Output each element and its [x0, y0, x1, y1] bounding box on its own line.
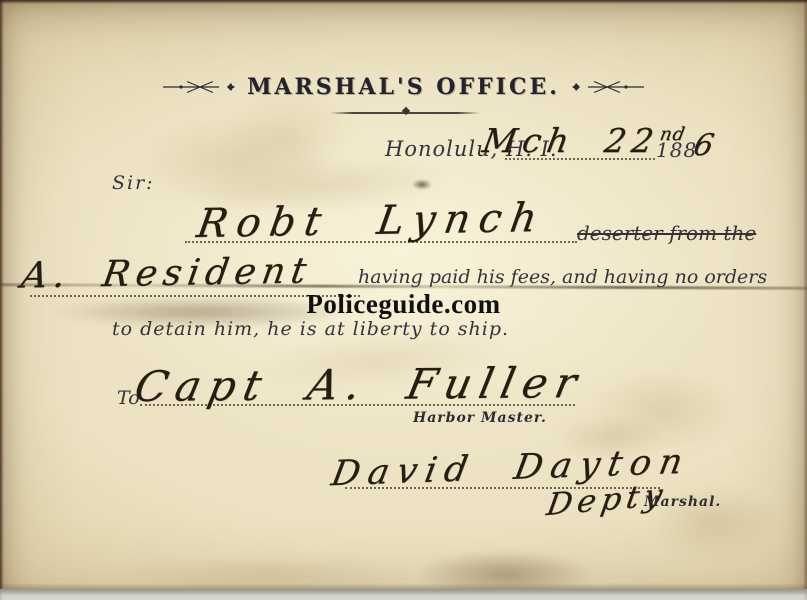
written-subject-name: Robt Lynch	[194, 195, 549, 247]
printed-closing: to detain him, he is at liberty to ship.	[112, 318, 509, 340]
flourish-left-icon	[161, 79, 237, 95]
document-header: MARSHAL'S OFFICE.	[0, 74, 807, 100]
office-title: MARSHAL'S OFFICE.	[247, 74, 560, 100]
struck-printed-text: deserter from the	[577, 221, 756, 245]
salutation: Sir:	[112, 172, 155, 194]
scanner-background-strip	[0, 589, 807, 600]
flourish-right-icon	[570, 79, 646, 95]
scanned-document-photo: MARSHAL'S OFFICE. Honolulu, H. I. Mch 22…	[0, 0, 807, 600]
paper-edge-top	[0, 0, 807, 4]
recipient-title: Harbor Master.	[413, 410, 547, 426]
signer-title: Marshal.	[644, 494, 721, 510]
printed-clause: having paid his fees, and having no orde…	[358, 266, 767, 288]
site-watermark: Policeguide.com	[0, 289, 807, 320]
written-recipient: Capt A. Fuller	[131, 358, 589, 411]
